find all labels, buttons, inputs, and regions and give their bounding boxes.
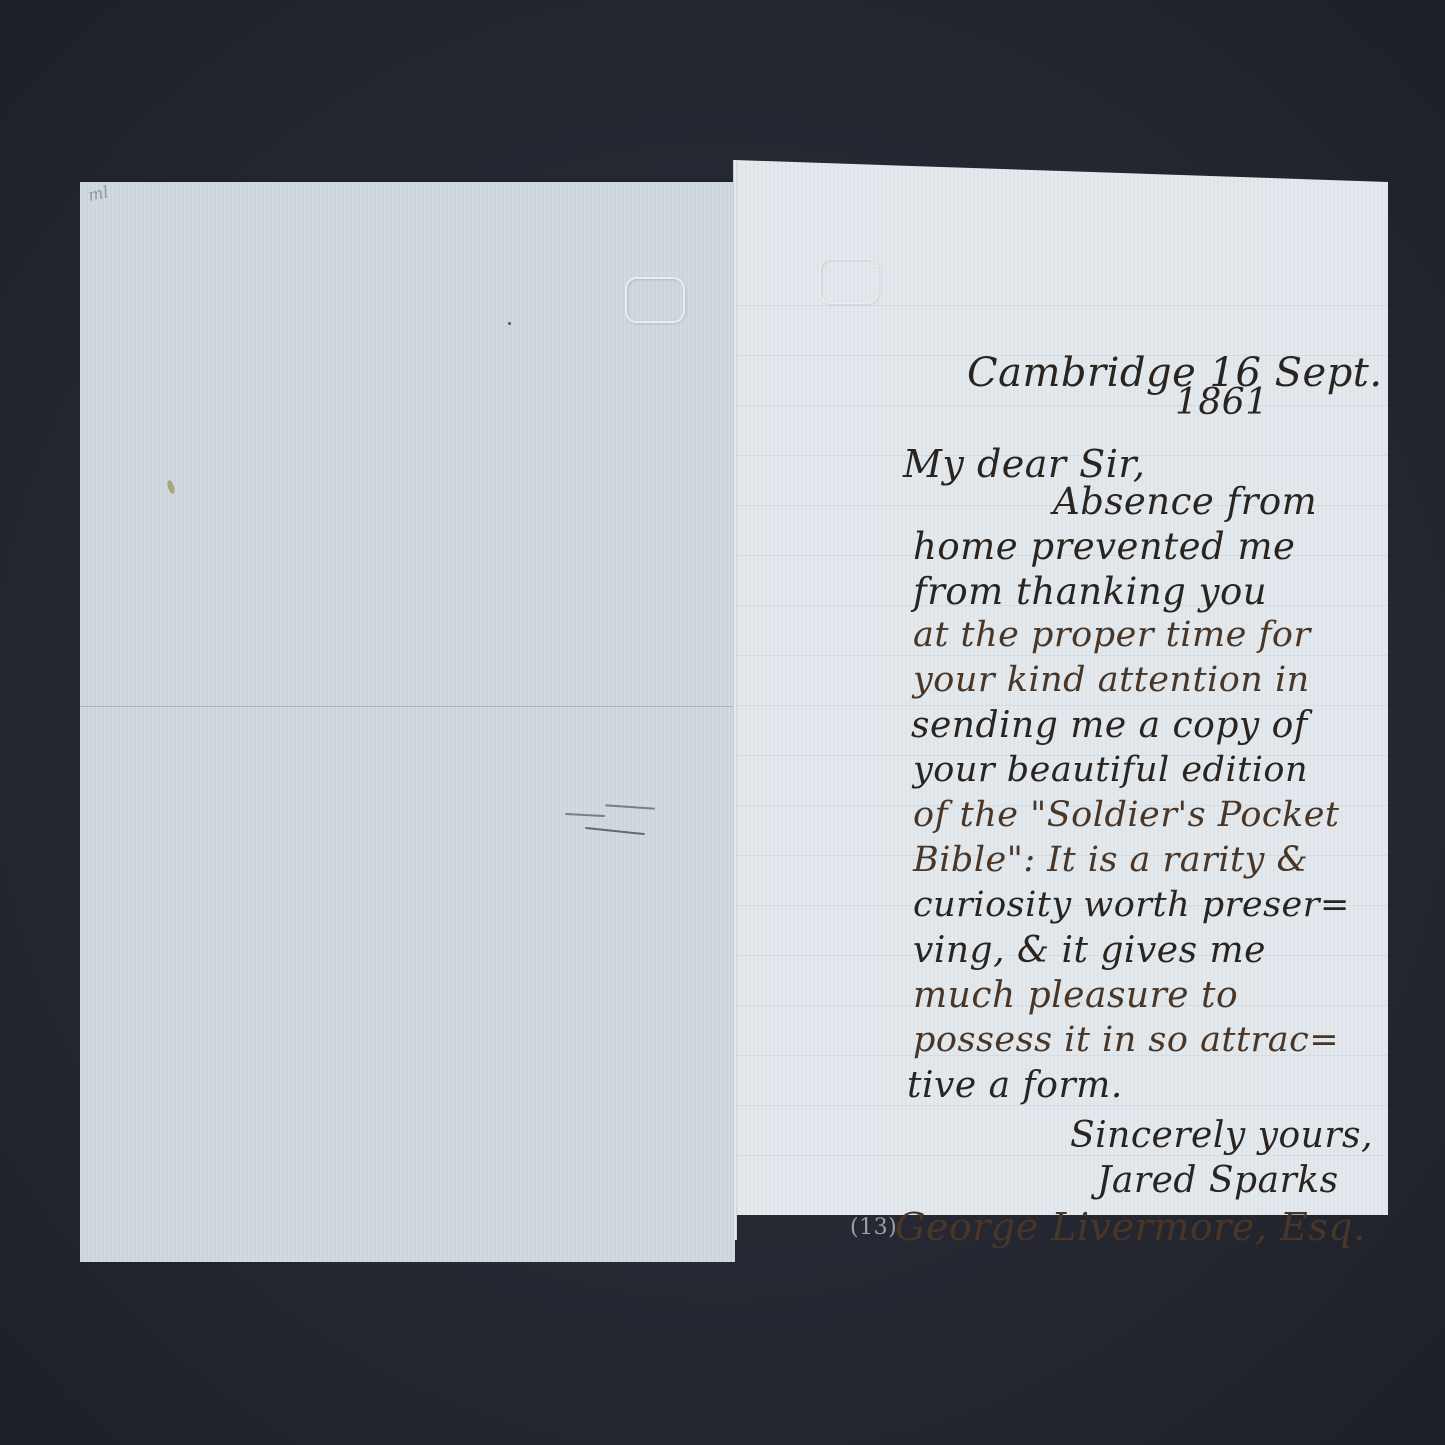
closing: Sincerely yours, bbox=[1070, 1115, 1373, 1156]
body-line: your kind attention in bbox=[913, 660, 1310, 700]
pencil-strokes bbox=[555, 802, 645, 852]
body-line: from thanking you bbox=[913, 570, 1267, 613]
body-line: home prevented me bbox=[913, 525, 1295, 568]
letter-sheet: ml Cambridge 16 Sept. 1861 My bbox=[80, 160, 1388, 1240]
pencil-annotation: ml bbox=[86, 182, 110, 205]
recipient-marker: (13) bbox=[850, 1215, 897, 1240]
recipient-name: George Livermore, Esq. bbox=[895, 1205, 1366, 1249]
body-line: possess it in so attrac= bbox=[913, 1020, 1339, 1060]
body-line: of the "Soldier's Pocket bbox=[913, 795, 1339, 835]
body-line: ving, & it gives me bbox=[913, 930, 1266, 971]
body-line: Bible": It is a rarity & bbox=[913, 840, 1308, 880]
body-line: your beautiful edition bbox=[913, 750, 1308, 790]
body-line: sending me a copy of bbox=[911, 705, 1308, 746]
horizontal-fold-line bbox=[80, 706, 735, 707]
ink-dot bbox=[508, 322, 511, 325]
ink-stain bbox=[166, 479, 176, 494]
body-line: tive a form. bbox=[907, 1065, 1123, 1106]
dateline-year: 1861 bbox=[1175, 382, 1269, 423]
body-line: much pleasure to bbox=[913, 975, 1238, 1016]
body-line: Absence from bbox=[1053, 480, 1317, 523]
body-line: curiosity worth preser= bbox=[913, 885, 1350, 925]
letter-text: Cambridge 16 Sept. 1861 My dear Sir, Abs… bbox=[735, 160, 1388, 1215]
embossed-stamp bbox=[625, 277, 685, 323]
left-page: ml bbox=[80, 182, 735, 1262]
body-line: at the proper time for bbox=[913, 615, 1311, 655]
signature: Jared Sparks bbox=[1097, 1160, 1339, 1201]
